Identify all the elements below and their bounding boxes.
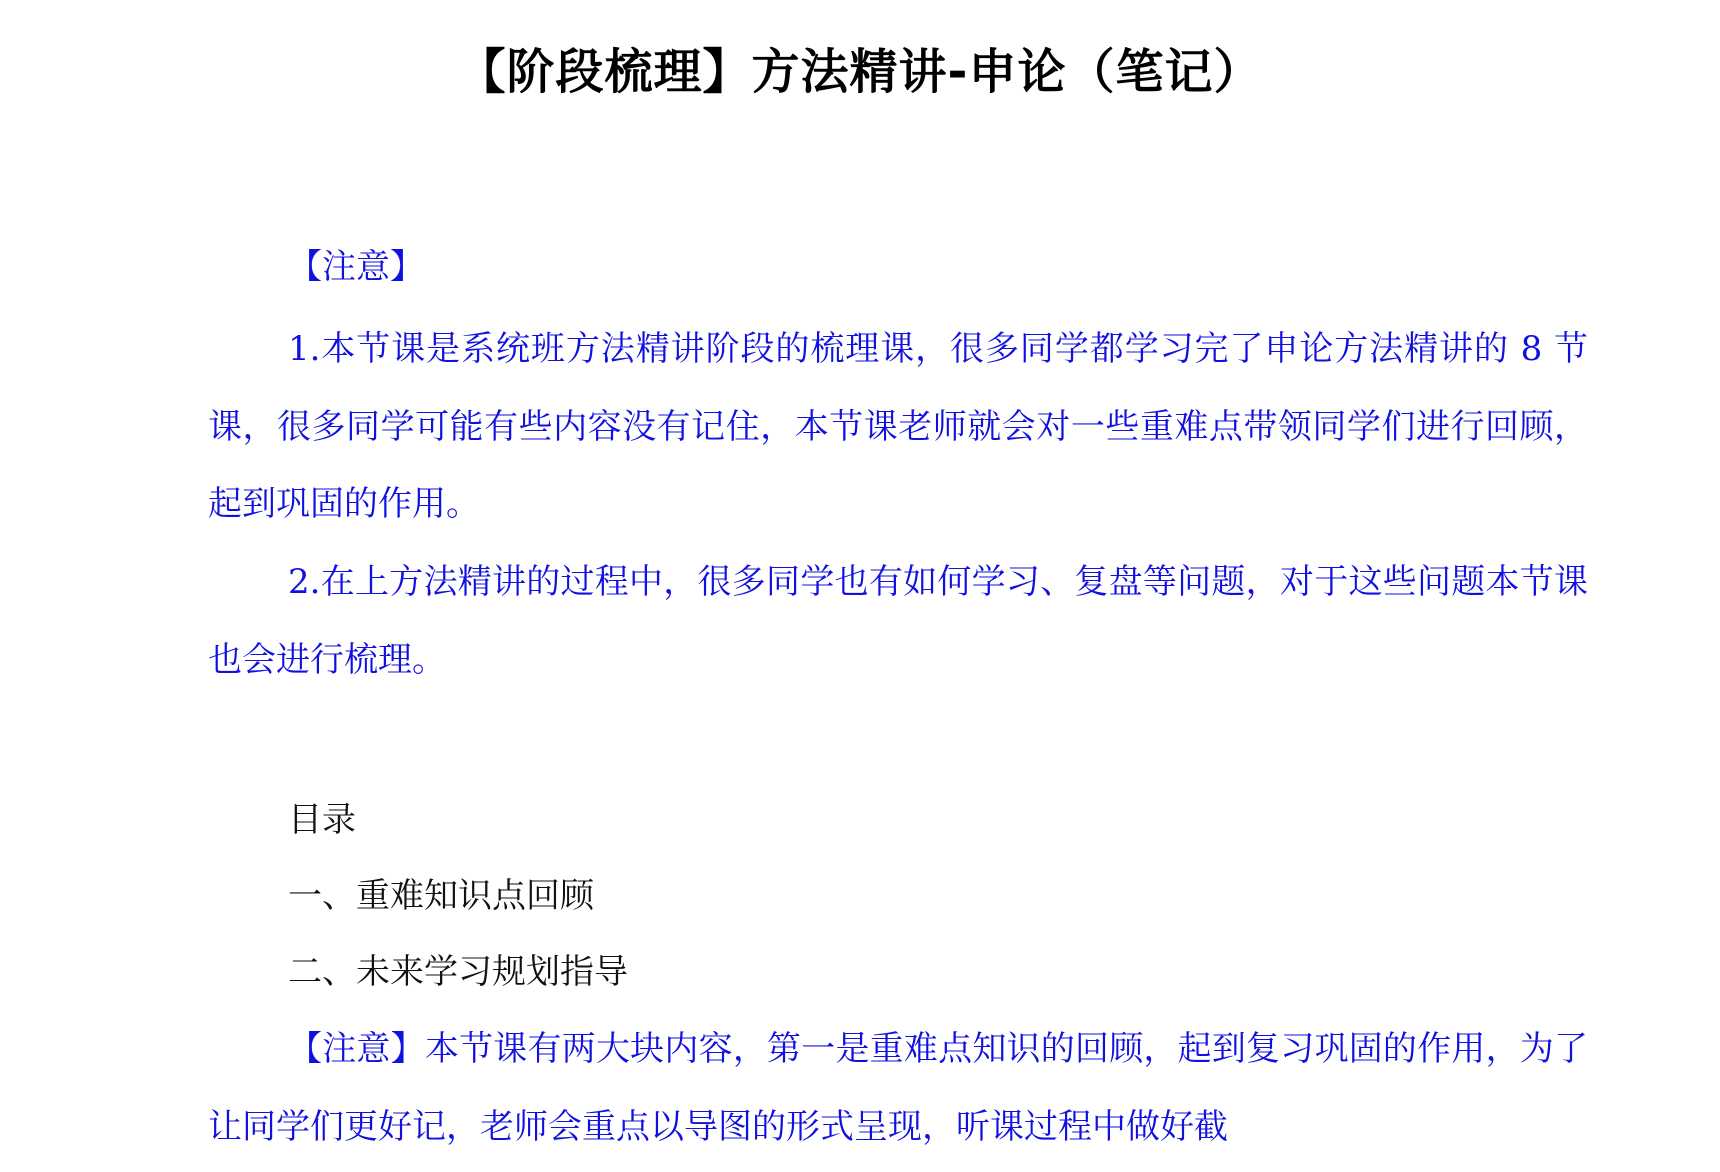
document-title: 【阶段梳理】方法精讲-申论（笔记） <box>0 40 1720 104</box>
note-item-1: 1.本节课是系统班方法精讲阶段的梳理课，很多同学都学习完了申论方法精讲的 8 节… <box>208 311 1588 544</box>
note-heading: 【注意】 <box>288 247 424 287</box>
toc-item-2: 二、未来学习规划指导 <box>288 952 628 992</box>
toc-heading: 目录 <box>288 800 356 840</box>
note-item-2: 2.在上方法精讲的过程中，很多同学也有如何学习、复盘等问题，对于这些问题本节课也… <box>208 544 1588 699</box>
closing-note-label: 【注意】 <box>288 1029 425 1069</box>
toc-item-1: 一、重难知识点回顾 <box>288 876 594 916</box>
closing-note: 【注意】本节课有两大块内容，第一是重难点知识的回顾，起到复习巩固的作用，为了让同… <box>208 1011 1588 1166</box>
